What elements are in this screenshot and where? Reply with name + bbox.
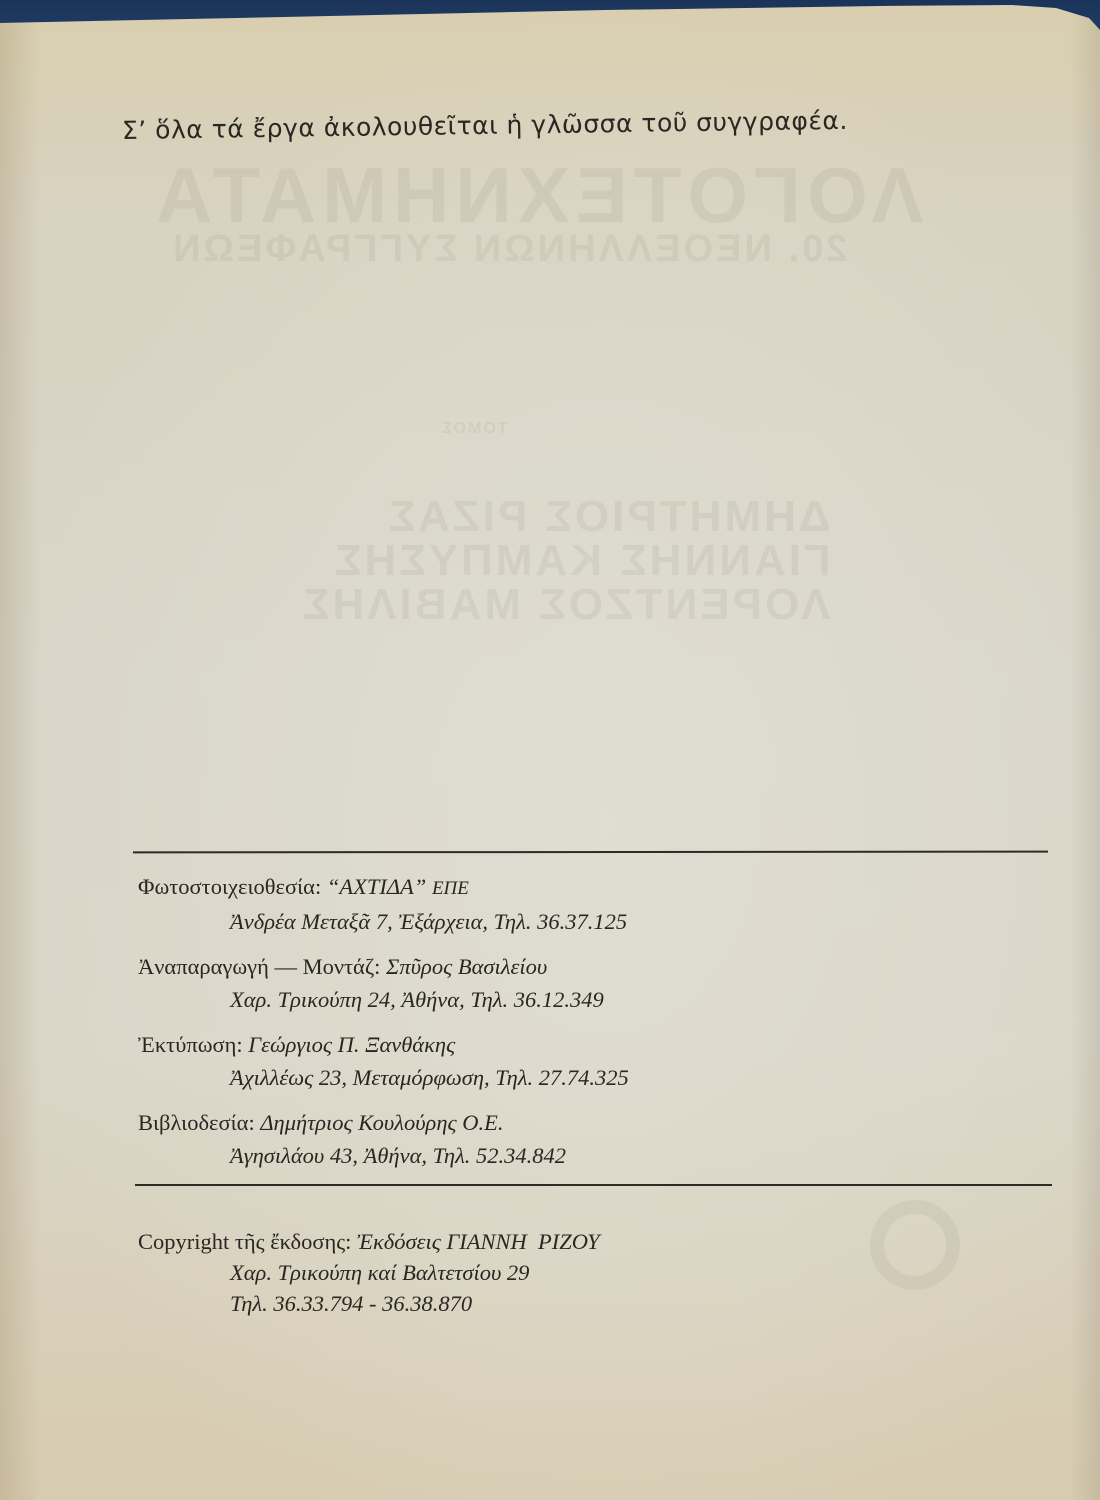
show-through-title: ΛΟΓΟΤΕΧΝΗΜΑΤΑ — [150, 150, 924, 241]
credit-label: Ἐκτύπωση: — [138, 1032, 243, 1057]
copyright-address: Χαρ. Τρικούπη καί Βαλτετσίου 29 — [138, 1257, 1038, 1288]
divider-bottom — [135, 1184, 1052, 1186]
copyright-publisher: Ἐκδόσεις ΓΙΑΝΝΗ ΡΙΖΟΥ — [357, 1229, 600, 1254]
credit-label: Φωτοστοιχειοθεσία: — [138, 874, 321, 899]
credit-label: Ἀναπαραγωγή — Μοντάζ: — [138, 954, 380, 979]
copyright-phones: Τηλ. 36.33.794 - 36.38.870 — [138, 1288, 1038, 1319]
credit-address: Ἀγησιλάου 43, Ἀθήνα, Τηλ. 52.34.842 — [138, 1139, 1038, 1172]
show-through-authors: ΔΗΜΗΤΡΙΟΣ ΡΙΖΑΣΓΙΑΝΝΗΣ ΚΑΜΠΥΣΗΣΛΟΡΕΝΤΖΟΣ… — [300, 495, 830, 627]
credit-reproduction: Ἀναπαραγωγή — Μοντάζ: Σπῦρος Βασιλείου Χ… — [138, 950, 1038, 1016]
divider-top — [133, 851, 1048, 854]
production-credits: Φωτοστοιχειοθεσία: “ΑΧΤΙΔΑ” ΕΠΕ Ἀνδρέα Μ… — [138, 870, 1038, 1184]
show-through-volume: ΤΟΜΟΣ — [440, 420, 507, 438]
credit-name: Γεώργιος Π. Ξανθάκης — [248, 1032, 455, 1057]
language-note: Σ’ ὅλα τά ἔργα ἀκολουθεῖται ἡ γλῶσσα τοῦ… — [122, 106, 848, 145]
book-page: ΛΟΓΟΤΕΧΝΗΜΑΤΑ 20. ΝΕΟΕΛΛΗΝΩΝ ΣΥΓΓΡΑΦΕΩΝ … — [0, 0, 1100, 1500]
credit-name: Δημήτριος Κουλούρης Ο.Ε. — [260, 1110, 503, 1135]
credit-address: Ἀχιλλέως 23, Μεταμόρφωση, Τηλ. 27.74.325 — [138, 1061, 1038, 1094]
credit-printing: Ἐκτύπωση: Γεώργιος Π. Ξανθάκης Ἀχιλλέως … — [138, 1028, 1038, 1094]
credit-name: “ΑΧΤΙΔΑ” — [327, 874, 426, 899]
credit-binding: Βιβλιοδεσία: Δημήτριος Κουλούρης Ο.Ε. Ἀγ… — [138, 1106, 1038, 1172]
credit-address: Χαρ. Τρικούπη 24, Ἀθήνα, Τηλ. 36.12.349 — [138, 983, 1038, 1016]
credit-name-suffix: ΕΠΕ — [432, 878, 469, 899]
credit-name: Σπῦρος Βασιλείου — [386, 954, 547, 979]
credit-label: Βιβλιοδεσία: — [138, 1110, 255, 1135]
show-through-subtitle: 20. ΝΕΟΕΛΛΗΝΩΝ ΣΥΓΓΡΑΦΕΩΝ — [170, 228, 847, 271]
copyright-notice: Copyright τῆς ἔκδοσης: Ἐκδόσεις ΓΙΑΝΝΗ Ρ… — [138, 1226, 1038, 1319]
copyright-label: Copyright τῆς ἔκδοσης: — [138, 1229, 351, 1254]
credit-address: Ἀνδρέα Μεταξᾶ 7, Ἐξάρχεια, Τηλ. 36.37.12… — [138, 905, 1038, 938]
credit-typesetting: Φωτοστοιχειοθεσία: “ΑΧΤΙΔΑ” ΕΠΕ Ἀνδρέα Μ… — [138, 870, 1038, 938]
